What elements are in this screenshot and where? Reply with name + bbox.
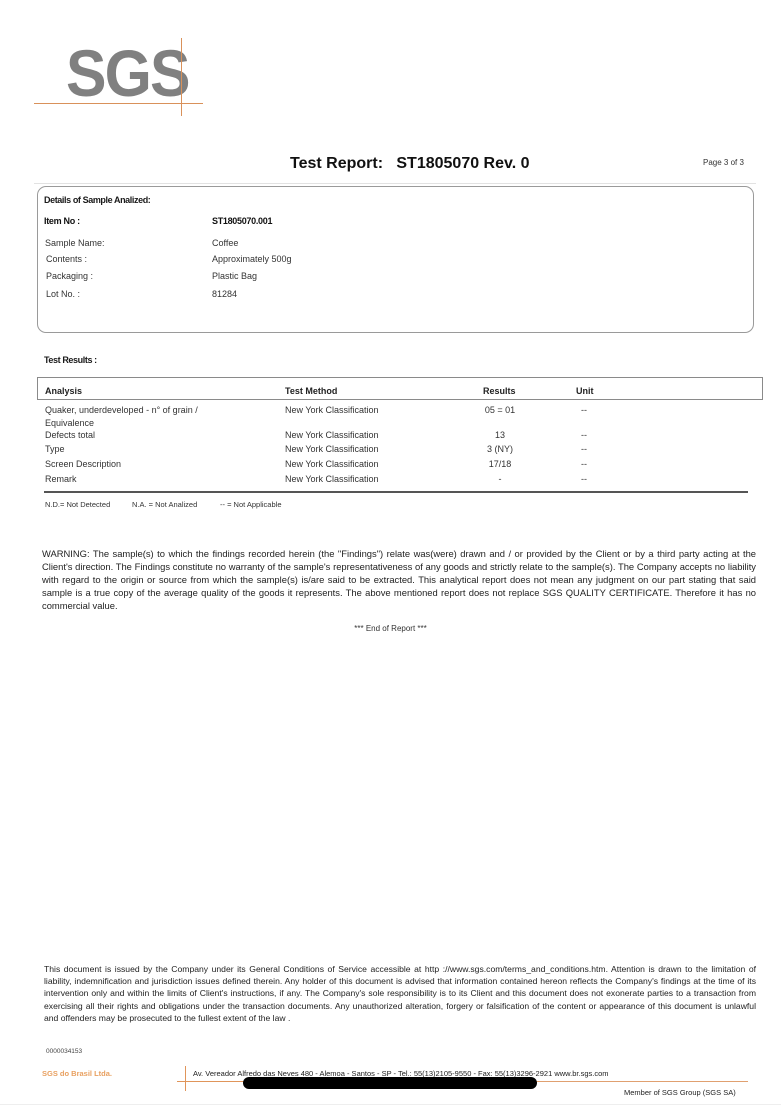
row-method: New York Classification (285, 459, 379, 469)
end-of-report: *** End of Report *** (0, 624, 781, 633)
document-number: 0000034153 (46, 1048, 82, 1055)
page-number: Page 3 of 3 (703, 158, 744, 167)
row-analysis: Quaker, underdeveloped - n° of grain / (45, 405, 198, 415)
footer-vertical-line (185, 1066, 186, 1091)
contents-value: Approximately 500g (212, 254, 292, 264)
column-test-method: Test Method (285, 386, 337, 396)
row-analysis: Type (45, 444, 65, 454)
row-method: New York Classification (285, 405, 379, 415)
row-result: - (460, 474, 540, 484)
test-results-title: Test Results : (44, 355, 97, 365)
legend-nd: N.D.= Not Detected (45, 500, 110, 509)
column-unit: Unit (576, 386, 594, 396)
packaging-value: Plastic Bag (212, 271, 257, 281)
row-result: 17/18 (460, 459, 540, 469)
row-analysis: Remark (45, 474, 77, 484)
warning-text: WARNING: The sample(s) to which the find… (42, 547, 756, 612)
contents-label: Contents : (46, 254, 87, 264)
sample-details-title: Details of Sample Analized: (44, 195, 150, 205)
sample-details-box (37, 186, 754, 333)
results-table-bottom-rule (44, 491, 748, 493)
logo-horizontal-line (34, 103, 203, 104)
member-of-group: Member of SGS Group (SGS SA) (624, 1088, 736, 1097)
company-name: SGS do Brasil Ltda. (42, 1069, 112, 1078)
footer-horizontal-line-left (177, 1081, 247, 1082)
sample-name-value: Coffee (212, 238, 238, 248)
logo-vertical-line (181, 38, 182, 116)
lot-no-label: Lot No. : (46, 289, 80, 299)
row-unit: -- (581, 430, 587, 440)
legend-not-applicable: -- = Not Applicable (220, 500, 282, 509)
row-analysis: Screen Description (45, 459, 121, 469)
column-results: Results (483, 386, 516, 396)
row-method: New York Classification (285, 474, 379, 484)
legend-na: N.A. = Not Analized (132, 500, 197, 509)
header-divider (34, 183, 756, 184)
packaging-label: Packaging : (46, 271, 93, 281)
row-unit: -- (581, 474, 587, 484)
row-unit: -- (581, 405, 587, 415)
footer-horizontal-line-right (535, 1081, 748, 1082)
item-no-label: Item No : (44, 216, 80, 226)
row-result: 3 (NY) (460, 444, 540, 454)
row-analysis-line2: Equivalence (45, 418, 94, 428)
results-table-header (37, 377, 763, 400)
lot-no-value: 81284 (212, 289, 237, 299)
column-analysis: Analysis (45, 386, 82, 396)
item-no-value: ST1805070.001 (212, 216, 272, 226)
row-unit: -- (581, 459, 587, 469)
redaction-bar (243, 1077, 537, 1089)
sgs-logo: SGS (66, 40, 189, 106)
row-result: 13 (460, 430, 540, 440)
report-title: Test Report: ST1805070 Rev. 0 (290, 155, 530, 173)
row-result: 05 = 01 (460, 405, 540, 415)
row-method: New York Classification (285, 430, 379, 440)
row-method: New York Classification (285, 444, 379, 454)
row-unit: -- (581, 444, 587, 454)
page-bottom-edge (0, 1104, 781, 1105)
footer-disclaimer: This document is issued by the Company u… (44, 963, 756, 1024)
row-analysis: Defects total (45, 430, 95, 440)
sample-name-label: Sample Name: (45, 238, 105, 248)
